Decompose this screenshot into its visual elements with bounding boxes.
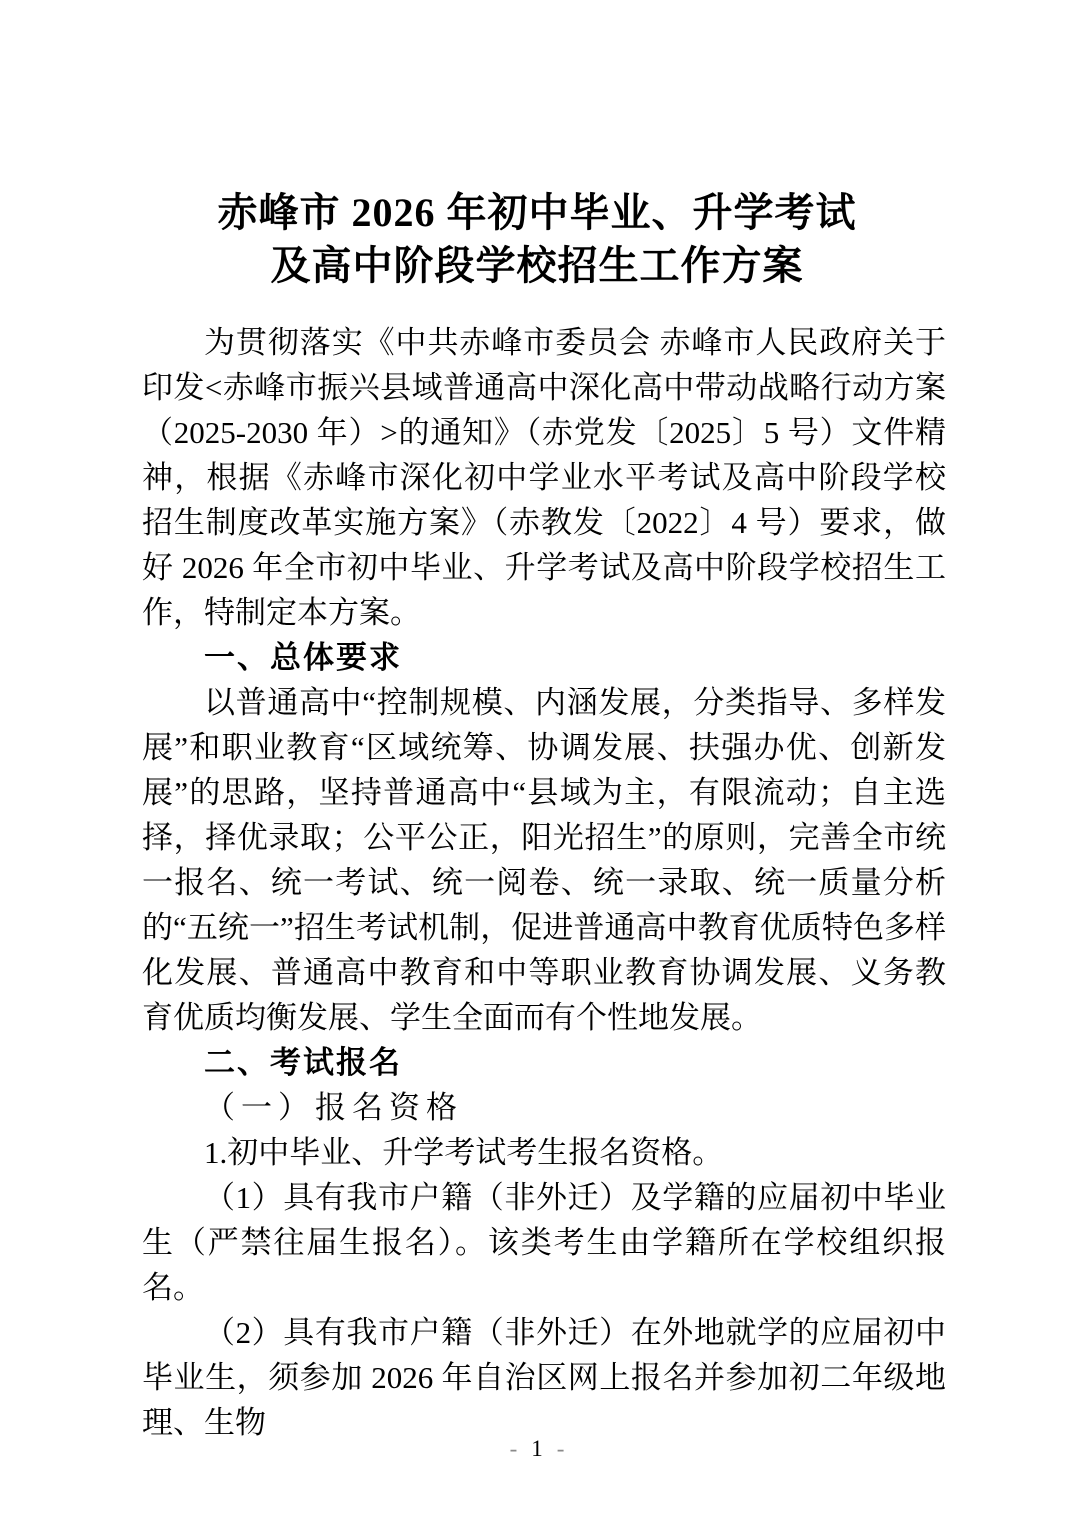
document-title-line-1: 赤峰市 2026 年初中毕业、升学考试 [0, 186, 1074, 239]
list-item-eligibility-1: （1）具有我市户籍（非外迁）及学籍的应届初中毕业生（严禁往届生报名）。该类考生由… [142, 1175, 946, 1310]
paragraph-preamble: 为贯彻落实《中共赤峰市委员会 赤峰市人民政府关于印发<赤峰市振兴县域普通高中深化… [142, 320, 946, 635]
footer-dash-right: - [557, 1436, 565, 1461]
document-body: 为贯彻落实《中共赤峰市委员会 赤峰市人民政府关于印发<赤峰市振兴县域普通高中深化… [142, 320, 946, 1445]
section-heading-exam-registration: 二、考试报名 [142, 1040, 946, 1085]
subsection-heading-registration-eligibility: （一）报名资格 [142, 1085, 946, 1130]
page-number: 1 [531, 1436, 543, 1461]
list-item-eligibility-2: （2）具有我市户籍（非外迁）在外地就学的应届初中毕业生，须参加 2026 年自治… [142, 1310, 946, 1445]
footer-dash-left: - [510, 1436, 518, 1461]
section-heading-overall-requirements: 一、总体要求 [142, 635, 946, 680]
page-footer: -1- [0, 1434, 1074, 1464]
document-page: 赤峰市 2026 年初中毕业、升学考试 及高中阶段学校招生工作方案 为贯彻落实《… [0, 0, 1074, 1520]
paragraph-overall-requirements: 以普通高中“控制规模、内涵发展，分类指导、多样发展”和职业教育“区域统筹、协调发… [142, 680, 946, 1040]
document-title-line-2: 及高中阶段学校招生工作方案 [0, 239, 1074, 292]
document-title: 赤峰市 2026 年初中毕业、升学考试 及高中阶段学校招生工作方案 [0, 0, 1074, 292]
list-item-eligibility-intro: 1.初中毕业、升学考试考生报名资格。 [142, 1130, 946, 1175]
